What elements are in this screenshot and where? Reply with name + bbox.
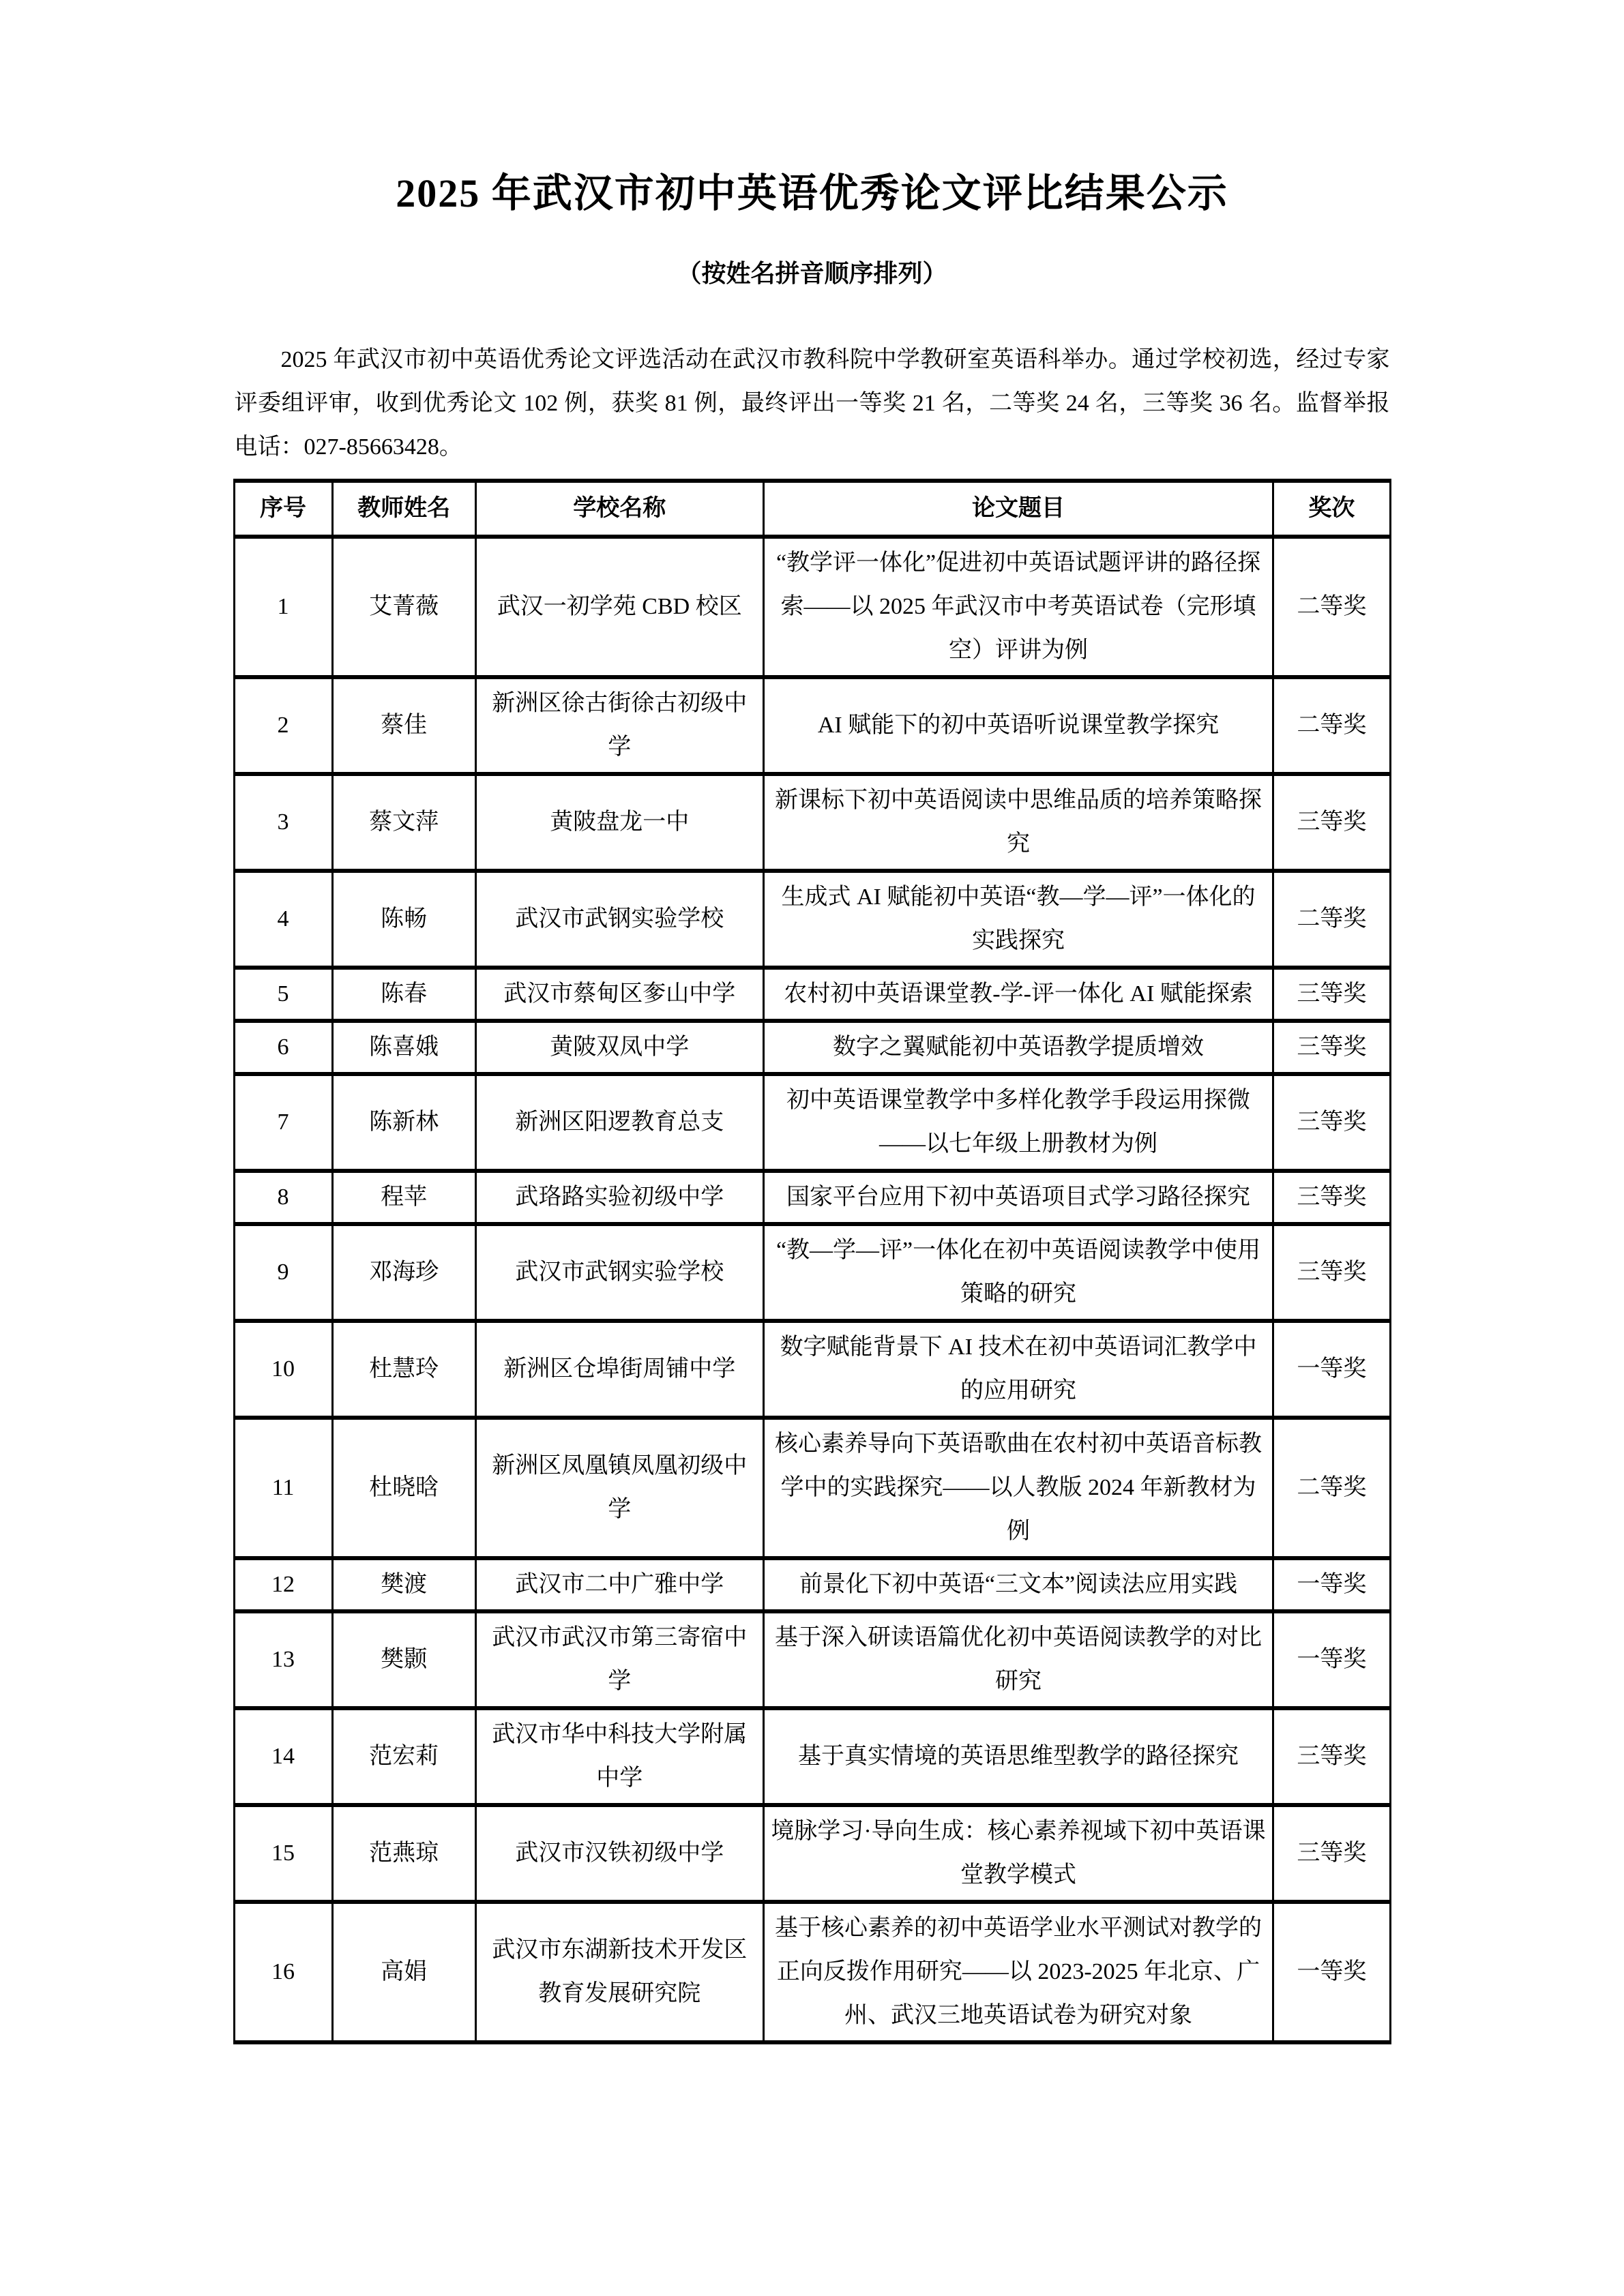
row-number-cell: 14 [234,1708,332,1805]
paper-title-cell: 生成式 AI 赋能初中英语“教—学—评”一体化的实践探究 [763,871,1273,968]
teacher-name-cell: 陈春 [332,968,475,1021]
paper-title-cell: 新课标下初中英语阅读中思维品质的培养策略探究 [763,774,1273,871]
table-row: 13 樊颢 武汉市武汉市第三寄宿中学 基于深入研读语篇优化初中英语阅读教学的对比… [234,1611,1390,1708]
paper-title-cell: 初中英语课堂教学中多样化教学手段运用探微——以七年级上册教材为例 [763,1074,1273,1171]
teacher-name-cell: 杜慧玲 [332,1321,475,1418]
school-name-cell: 武汉一初学苑 CBD 校区 [475,537,763,677]
table-row: 10 杜慧玲 新洲区仓埠街周铺中学 数字赋能背景下 AI 技术在初中英语词汇教学… [234,1321,1390,1418]
row-number-cell: 10 [234,1321,332,1418]
teacher-name-cell: 范燕琼 [332,1805,475,1902]
table-row: 5 陈春 武汉市蔡甸区奓山中学 农村初中英语课堂教-学-评一体化 AI 赋能探索… [234,968,1390,1021]
page-subtitle: （按姓名拼音顺序排列） [0,254,1624,289]
award-cell: 一等奖 [1273,1611,1390,1708]
teacher-name-cell: 范宏莉 [332,1708,475,1805]
table-row: 16 高娟 武汉市东湖新技术开发区教育发展研究院 基于核心素养的初中英语学业水平… [234,1902,1390,2042]
teacher-name-cell: 樊渡 [332,1558,475,1611]
table-row: 1 艾菁薇 武汉一初学苑 CBD 校区 “教学评一体化”促进初中英语试题评讲的路… [234,537,1390,677]
school-name-cell: 新洲区徐古街徐古初级中学 [475,677,763,774]
school-name-cell: 武珞路实验初级中学 [475,1171,763,1224]
teacher-name-cell: 陈喜娥 [332,1021,475,1074]
row-number-cell: 9 [234,1224,332,1321]
paper-title-cell: “教—学—评”一体化在初中英语阅读教学中使用策略的研究 [763,1224,1273,1321]
paper-title-cell: 基于真实情境的英语思维型教学的路径探究 [763,1708,1273,1805]
school-name-cell: 武汉市蔡甸区奓山中学 [475,968,763,1021]
school-name-cell: 黄陂盘龙一中 [475,774,763,871]
teacher-name-cell: 陈畅 [332,871,475,968]
table-row: 7 陈新林 新洲区阳逻教育总支 初中英语课堂教学中多样化教学手段运用探微——以七… [234,1074,1390,1171]
award-cell: 一等奖 [1273,1902,1390,2042]
row-number-cell: 5 [234,968,332,1021]
row-number-cell: 15 [234,1805,332,1902]
paper-title-cell: 数字赋能背景下 AI 技术在初中英语词汇教学中的应用研究 [763,1321,1273,1418]
paper-title-cell: 前景化下初中英语“三文本”阅读法应用实践 [763,1558,1273,1611]
row-number-cell: 7 [234,1074,332,1171]
table-row: 15 范燕琼 武汉市汉铁初级中学 境脉学习·导向生成：核心素养视域下初中英语课堂… [234,1805,1390,1902]
school-name-cell: 新洲区凤凰镇凤凰初级中学 [475,1418,763,1558]
table-row: 12 樊渡 武汉市二中广雅中学 前景化下初中英语“三文本”阅读法应用实践 一等奖 [234,1558,1390,1611]
intro-paragraph: 2025 年武汉市初中英语优秀论文评选活动在武汉市教科院中学教研室英语科举办。通… [235,338,1390,469]
table-row: 8 程苹 武珞路实验初级中学 国家平台应用下初中英语项目式学习路径探究 三等奖 [234,1171,1390,1224]
teacher-name-cell: 高娟 [332,1902,475,2042]
table-row: 2 蔡佳 新洲区徐古街徐古初级中学 AI 赋能下的初中英语听说课堂教学探究 二等… [234,677,1390,774]
paper-title-cell: “教学评一体化”促进初中英语试题评讲的路径探索——以 2025 年武汉市中考英语… [763,537,1273,677]
award-cell: 二等奖 [1273,871,1390,968]
paper-title-cell: 基于核心素养的初中英语学业水平测试对教学的正向反拨作用研究——以 2023-20… [763,1902,1273,2042]
table-row: 9 邓海珍 武汉市武钢实验学校 “教—学—评”一体化在初中英语阅读教学中使用策略… [234,1224,1390,1321]
table-row: 14 范宏莉 武汉市华中科技大学附属中学 基于真实情境的英语思维型教学的路径探究… [234,1708,1390,1805]
table-row: 11 杜晓晗 新洲区凤凰镇凤凰初级中学 核心素养导向下英语歌曲在农村初中英语音标… [234,1418,1390,1558]
award-cell: 三等奖 [1273,774,1390,871]
row-number-cell: 3 [234,774,332,871]
row-number-cell: 4 [234,871,332,968]
paper-title-cell: 数字之翼赋能初中英语教学提质增效 [763,1021,1273,1074]
school-name-cell: 新洲区阳逻教育总支 [475,1074,763,1171]
row-number-cell: 2 [234,677,332,774]
school-name-cell: 武汉市东湖新技术开发区教育发展研究院 [475,1902,763,2042]
row-number-cell: 13 [234,1611,332,1708]
paper-title-cell: 农村初中英语课堂教-学-评一体化 AI 赋能探索 [763,968,1273,1021]
teacher-name-cell: 蔡佳 [332,677,475,774]
school-name-cell: 新洲区仓埠街周铺中学 [475,1321,763,1418]
award-cell: 二等奖 [1273,1418,1390,1558]
teacher-name-cell: 邓海珍 [332,1224,475,1321]
row-number-cell: 11 [234,1418,332,1558]
table-row: 4 陈畅 武汉市武钢实验学校 生成式 AI 赋能初中英语“教—学—评”一体化的实… [234,871,1390,968]
header-no: 序号 [234,481,332,537]
school-name-cell: 武汉市华中科技大学附属中学 [475,1708,763,1805]
award-cell: 一等奖 [1273,1321,1390,1418]
table-row: 6 陈喜娥 黄陂双凤中学 数字之翼赋能初中英语教学提质增效 三等奖 [234,1021,1390,1074]
award-cell: 三等奖 [1273,1224,1390,1321]
page-title: 2025 年武汉市初中英语优秀论文评比结果公示 [0,0,1624,219]
header-award: 奖次 [1273,481,1390,537]
results-table: 序号 教师姓名 学校名称 论文题目 奖次 1 艾菁薇 武汉一初学苑 CBD 校区… [233,479,1391,2044]
table-header-row: 序号 教师姓名 学校名称 论文题目 奖次 [234,481,1390,537]
school-name-cell: 武汉市武钢实验学校 [475,871,763,968]
award-cell: 一等奖 [1273,1558,1390,1611]
row-number-cell: 6 [234,1021,332,1074]
award-cell: 三等奖 [1273,1021,1390,1074]
award-cell: 三等奖 [1273,1708,1390,1805]
paper-title-cell: 基于深入研读语篇优化初中英语阅读教学的对比研究 [763,1611,1273,1708]
school-name-cell: 武汉市汉铁初级中学 [475,1805,763,1902]
teacher-name-cell: 陈新林 [332,1074,475,1171]
table-row: 3 蔡文萍 黄陂盘龙一中 新课标下初中英语阅读中思维品质的培养策略探究 三等奖 [234,774,1390,871]
document-page: 2025 年武汉市初中英语优秀论文评比结果公示 （按姓名拼音顺序排列） 2025… [0,0,1624,2296]
paper-title-cell: 核心素养导向下英语歌曲在农村初中英语音标教学中的实践探究——以人教版 2024 … [763,1418,1273,1558]
header-paper-title: 论文题目 [763,481,1273,537]
row-number-cell: 16 [234,1902,332,2042]
school-name-cell: 武汉市二中广雅中学 [475,1558,763,1611]
teacher-name-cell: 艾菁薇 [332,537,475,677]
teacher-name-cell: 蔡文萍 [332,774,475,871]
paper-title-cell: 国家平台应用下初中英语项目式学习路径探究 [763,1171,1273,1224]
award-cell: 三等奖 [1273,968,1390,1021]
header-school-name: 学校名称 [475,481,763,537]
award-cell: 三等奖 [1273,1171,1390,1224]
paper-title-cell: 境脉学习·导向生成：核心素养视域下初中英语课堂教学模式 [763,1805,1273,1902]
award-cell: 二等奖 [1273,537,1390,677]
teacher-name-cell: 杜晓晗 [332,1418,475,1558]
school-name-cell: 武汉市武汉市第三寄宿中学 [475,1611,763,1708]
paper-title-cell: AI 赋能下的初中英语听说课堂教学探究 [763,677,1273,774]
results-table-body: 1 艾菁薇 武汉一初学苑 CBD 校区 “教学评一体化”促进初中英语试题评讲的路… [234,537,1390,2042]
teacher-name-cell: 程苹 [332,1171,475,1224]
school-name-cell: 黄陂双凤中学 [475,1021,763,1074]
header-teacher-name: 教师姓名 [332,481,475,537]
award-cell: 三等奖 [1273,1805,1390,1902]
school-name-cell: 武汉市武钢实验学校 [475,1224,763,1321]
row-number-cell: 1 [234,537,332,677]
row-number-cell: 8 [234,1171,332,1224]
award-cell: 三等奖 [1273,1074,1390,1171]
teacher-name-cell: 樊颢 [332,1611,475,1708]
row-number-cell: 12 [234,1558,332,1611]
award-cell: 二等奖 [1273,677,1390,774]
